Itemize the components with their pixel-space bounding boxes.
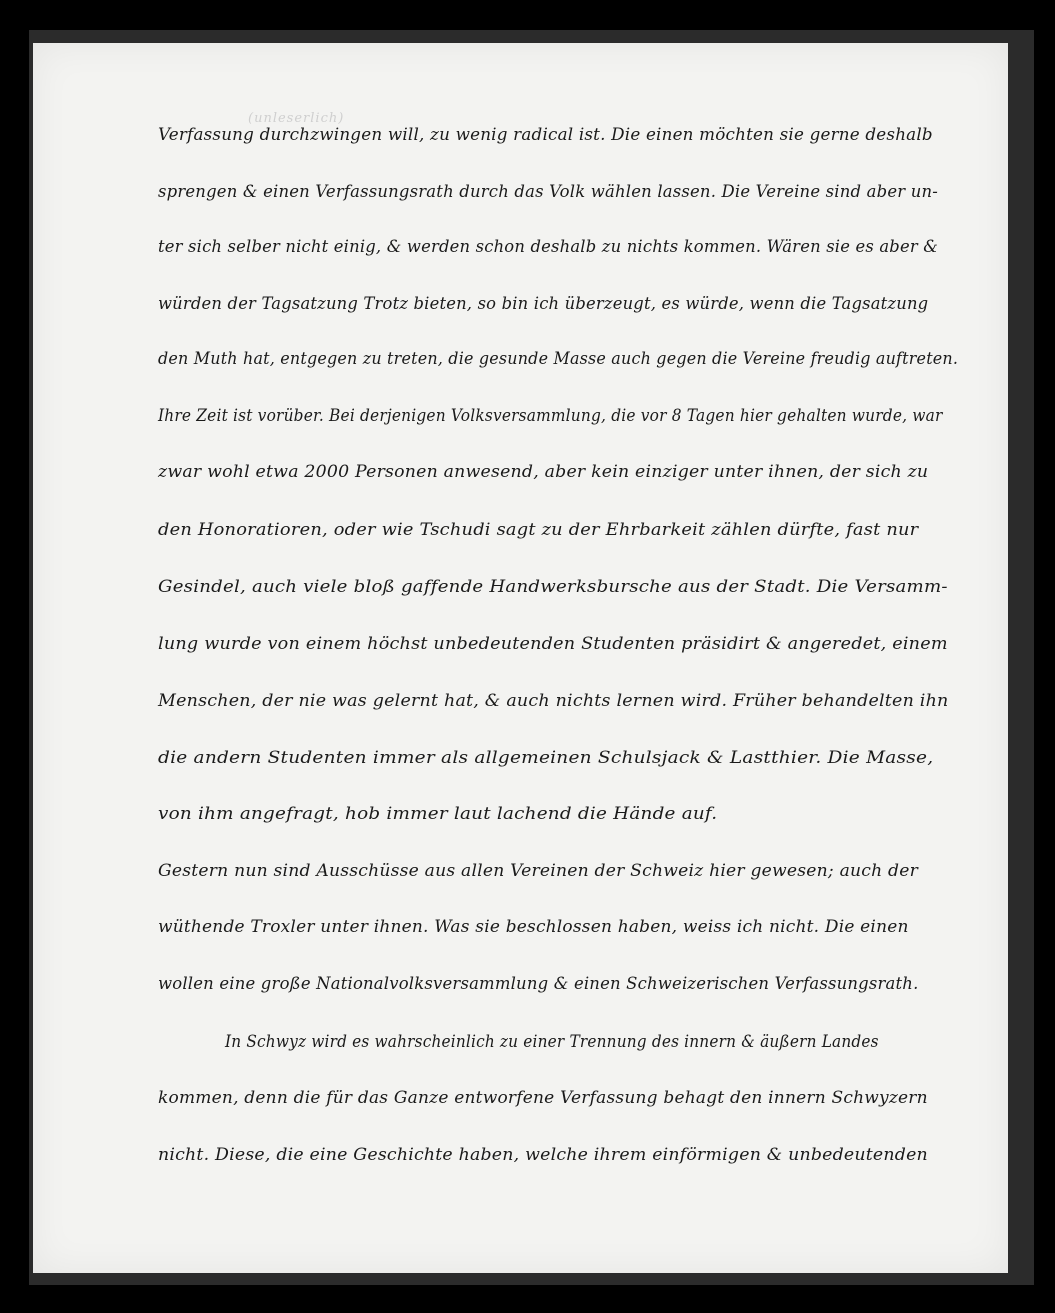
manuscript-line: Gestern nun sind Ausschüsse aus allen Ve… — [158, 861, 918, 880]
bleed-through-header: (unleserlich) — [248, 111, 344, 126]
manuscript-line: von ihm angefragt, hob immer laut lachen… — [158, 804, 717, 823]
manuscript-line: wüthende Troxler unter ihnen. Was sie be… — [158, 917, 909, 936]
manuscript-line: zwar wohl etwa 2000 Personen anwesend, a… — [158, 462, 928, 481]
manuscript-line: den Honoratioren, oder wie Tschudi sagt … — [158, 520, 918, 539]
manuscript-line: sprengen & einen Verfassungsrath durch d… — [158, 182, 938, 201]
manuscript-line: nicht. Diese, die eine Geschichte haben,… — [158, 1145, 928, 1164]
manuscript-line: wollen eine große Nationalvolksversammlu… — [158, 974, 918, 993]
manuscript-line: kommen, denn die für das Ganze entworfen… — [158, 1088, 928, 1107]
manuscript-line: den Muth hat, entgegen zu treten, die ge… — [158, 349, 958, 368]
manuscript-line: die andern Studenten immer als allgemein… — [158, 748, 933, 767]
manuscript-page: (unleserlich) Verfassung durchzwingen wi… — [33, 43, 1008, 1273]
manuscript-line: lung wurde von einem höchst unbedeutende… — [158, 634, 948, 653]
manuscript-line: würden der Tagsatzung Trotz bieten, so b… — [158, 294, 928, 313]
manuscript-line: Verfassung durchzwingen will, zu wenig r… — [158, 125, 933, 144]
manuscript-line: Ihre Zeit ist vorüber. Bei derjenigen Vo… — [158, 406, 943, 425]
manuscript-line: ter sich selber nicht einig, & werden sc… — [158, 237, 938, 256]
manuscript-line: In Schwyz wird es wahrscheinlich zu eine… — [225, 1032, 879, 1051]
manuscript-line: Menschen, der nie was gelernt hat, & auc… — [158, 691, 948, 710]
manuscript-line: Gesindel, auch viele bloß gaffende Handw… — [158, 577, 948, 596]
